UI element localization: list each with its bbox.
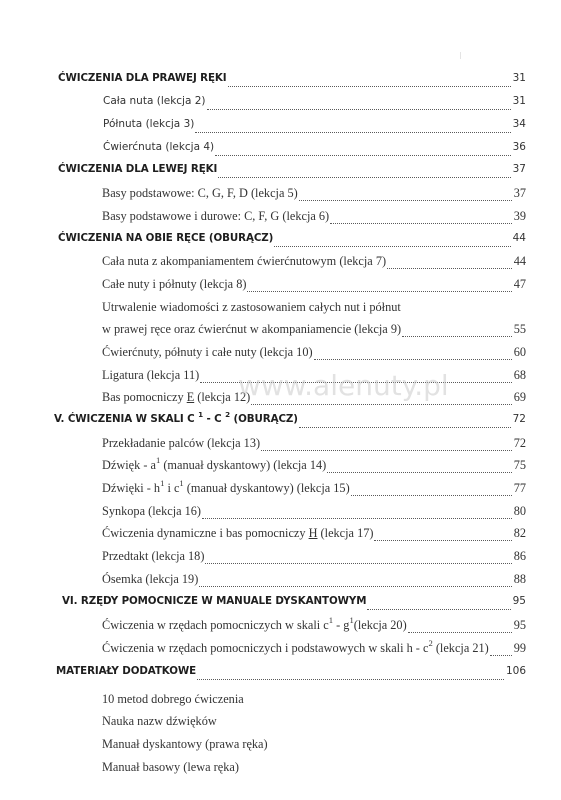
- toc-title: Nauka nazw dźwięków: [102, 714, 217, 729]
- toc-title: Całe nuty i półnuty (lekcja 8): [102, 277, 246, 292]
- page-number: 44: [514, 254, 526, 269]
- toc-page: ĆWICZENIA DLA PRAWEJ RĘKI31Cała nuta (le…: [0, 0, 561, 800]
- toc-title: Przedtakt (lekcja 18): [102, 549, 204, 564]
- toc-title: Utrwalenie wiadomości z zastosowaniem ca…: [102, 300, 401, 315]
- toc-heading: V. ĆWICZENIA W SKALI C 1 - C 2 (OBURĄCZ)…: [0, 413, 526, 433]
- page-number: 75: [514, 458, 526, 473]
- toc-entry: Całe nuty i półnuty (lekcja 8)47: [0, 277, 526, 297]
- toc-title: Basy podstawowe: C, G, F, D (lekcja 5): [102, 186, 298, 201]
- toc-title: Basy podstawowe i durowe: C, F, G (lekcj…: [102, 209, 329, 224]
- page-number: 86: [514, 549, 526, 564]
- toc-title: Dźwięki - h1 i c1 (manuał dyskantowy) (l…: [102, 481, 350, 496]
- dot-leader: [247, 290, 511, 292]
- toc-title: Bas pomocniczy E (lekcja 12): [102, 390, 250, 405]
- toc-entry: Ligatura (lekcja 11)68: [0, 368, 526, 388]
- dot-leader: [228, 85, 511, 87]
- dot-leader: [274, 245, 510, 247]
- toc-title: Ćwierćnuty, półnuty i całe nuty (lekcja …: [102, 345, 313, 360]
- toc-entry: Synkopa (lekcja 16)80: [0, 504, 526, 524]
- toc-entry: Ósemka (lekcja 19)88: [0, 572, 526, 592]
- dot-leader: [251, 403, 511, 405]
- toc-entry: Bas pomocniczy E (lekcja 12)69: [0, 390, 526, 410]
- toc-title: Ćwiczenia w rzędach pomocniczych i podst…: [102, 641, 489, 656]
- dot-leader: [330, 222, 512, 224]
- page-number: 95: [513, 595, 526, 607]
- toc-entry: Basy podstawowe i durowe: C, F, G (lekcj…: [0, 209, 526, 229]
- page-number: 82: [514, 526, 526, 541]
- toc-title: Półnuta (lekcja 3): [103, 118, 194, 130]
- toc-entry: Dźwięk - a1 (manuał dyskantowy) (lekcja …: [0, 458, 526, 478]
- page-number: 34: [513, 118, 526, 130]
- toc-title: Ćwierćnuta (lekcja 4): [103, 141, 214, 153]
- toc-entry: Nauka nazw dźwięków: [0, 714, 526, 734]
- toc-entry: 10 metod dobrego ćwiczenia: [0, 692, 526, 712]
- toc-entry: Manuał basowy (lewa ręka): [0, 760, 526, 780]
- toc-entry: Ćwiczenia w rzędach pomocniczych w skali…: [0, 618, 526, 638]
- dot-leader: [299, 426, 511, 428]
- toc-entry: Przekładanie palców (lekcja 13)72: [0, 436, 526, 456]
- toc-heading: ĆWICZENIA NA OBIE RĘCE (OBURĄCZ)44: [0, 232, 526, 252]
- dot-leader: [314, 358, 512, 360]
- toc-title: Ligatura (lekcja 11): [102, 368, 199, 383]
- dot-leader: [387, 267, 512, 269]
- page-number: 37: [514, 186, 526, 201]
- toc-title: ĆWICZENIA NA OBIE RĘCE (OBURĄCZ): [58, 232, 273, 244]
- page-number: 72: [513, 413, 526, 425]
- dot-leader: [207, 108, 511, 110]
- toc-title: Manuał basowy (lewa ręka): [102, 760, 239, 775]
- scan-speck: [460, 52, 461, 59]
- page-number: 44: [513, 232, 526, 244]
- dot-leader: [351, 494, 512, 496]
- dot-leader: [490, 654, 512, 656]
- page-number: 60: [514, 345, 526, 360]
- page-number: 72: [514, 436, 526, 451]
- toc-title: ĆWICZENIA DLA PRAWEJ RĘKI: [58, 72, 227, 84]
- page-number: 99: [514, 641, 526, 656]
- page-number: 95: [514, 618, 526, 633]
- toc-title: Cała nuta z akompaniamentem ćwierćnutowy…: [102, 254, 386, 269]
- toc-entry: Półnuta (lekcja 3)34: [0, 118, 526, 138]
- toc-title: MATERIAŁY DODATKOWE: [56, 665, 196, 677]
- toc-heading: MATERIAŁY DODATKOWE106: [0, 665, 526, 685]
- page-number: 36: [513, 141, 526, 153]
- page-number: 106: [506, 665, 526, 677]
- toc-entry: Dźwięki - h1 i c1 (manuał dyskantowy) (l…: [0, 481, 526, 501]
- toc-entry: Basy podstawowe: C, G, F, D (lekcja 5)37: [0, 186, 526, 206]
- toc-title: Ćwiczenia dynamiczne i bas pomocniczy H …: [102, 526, 373, 541]
- dot-leader: [408, 631, 512, 633]
- page-number: 39: [514, 209, 526, 224]
- toc-title: ĆWICZENIA DLA LEWEJ RĘKI: [58, 163, 217, 175]
- toc-title: VI. RZĘDY POMOCNICZE W MANUALE DYSKANTOW…: [62, 595, 366, 607]
- dot-leader: [327, 471, 511, 473]
- dot-leader: [197, 678, 504, 680]
- toc-entry: Ćwierćnuta (lekcja 4)36: [0, 141, 526, 161]
- dot-leader: [299, 199, 512, 201]
- toc-entry: Przedtakt (lekcja 18)86: [0, 549, 526, 569]
- dot-leader: [199, 585, 511, 587]
- toc-entry: Ćwiczenia dynamiczne i bas pomocniczy H …: [0, 526, 526, 546]
- toc-entry: Ćwierćnuty, półnuty i całe nuty (lekcja …: [0, 345, 526, 365]
- page-number: 77: [514, 481, 526, 496]
- toc-entry: w prawej ręce oraz ćwierćnut w akompania…: [0, 322, 526, 342]
- toc-title: 10 metod dobrego ćwiczenia: [102, 692, 244, 707]
- dot-leader: [261, 449, 512, 451]
- toc-title: Manuał dyskantowy (prawa ręka): [102, 737, 268, 752]
- toc-title: Dźwięk - a1 (manuał dyskantowy) (lekcja …: [102, 458, 326, 473]
- toc-entry: Ćwiczenia w rzędach pomocniczych i podst…: [0, 641, 526, 661]
- toc-title: Ósemka (lekcja 19): [102, 572, 198, 587]
- toc-title: V. ĆWICZENIA W SKALI C 1 - C 2 (OBURĄCZ): [54, 413, 298, 425]
- dot-leader: [215, 154, 510, 156]
- page-number: 55: [514, 322, 526, 337]
- dot-leader: [218, 176, 510, 178]
- dot-leader: [402, 335, 512, 337]
- page-number: 68: [514, 368, 526, 383]
- page-number: 80: [514, 504, 526, 519]
- toc-entry: Cała nuta z akompaniamentem ćwierćnutowy…: [0, 254, 526, 274]
- toc-title: Synkopa (lekcja 16): [102, 504, 201, 519]
- dot-leader: [367, 608, 510, 610]
- toc-title: Ćwiczenia w rzędach pomocniczych w skali…: [102, 618, 407, 633]
- dot-leader: [202, 517, 512, 519]
- toc-heading: ĆWICZENIA DLA LEWEJ RĘKI37: [0, 163, 526, 183]
- dot-leader: [200, 381, 512, 383]
- page-number: 31: [513, 95, 526, 107]
- toc-entry: Manuał dyskantowy (prawa ręka): [0, 737, 526, 757]
- dot-leader: [195, 131, 510, 133]
- toc-entry: Cała nuta (lekcja 2)31: [0, 95, 526, 115]
- toc-heading: ĆWICZENIA DLA PRAWEJ RĘKI31: [0, 72, 526, 92]
- page-number: 69: [514, 390, 526, 405]
- dot-leader: [374, 539, 511, 541]
- toc-title: w prawej ręce oraz ćwierćnut w akompania…: [102, 322, 401, 337]
- page-number: 88: [514, 572, 526, 587]
- page-number: 47: [514, 277, 526, 292]
- dot-leader: [205, 562, 511, 564]
- toc-title: Przekładanie palców (lekcja 13): [102, 436, 260, 451]
- page-number: 37: [513, 163, 526, 175]
- toc-heading: VI. RZĘDY POMOCNICZE W MANUALE DYSKANTOW…: [0, 595, 526, 615]
- toc-title: Cała nuta (lekcja 2): [103, 95, 206, 107]
- toc-entry: Utrwalenie wiadomości z zastosowaniem ca…: [0, 300, 526, 320]
- page-number: 31: [513, 72, 526, 84]
